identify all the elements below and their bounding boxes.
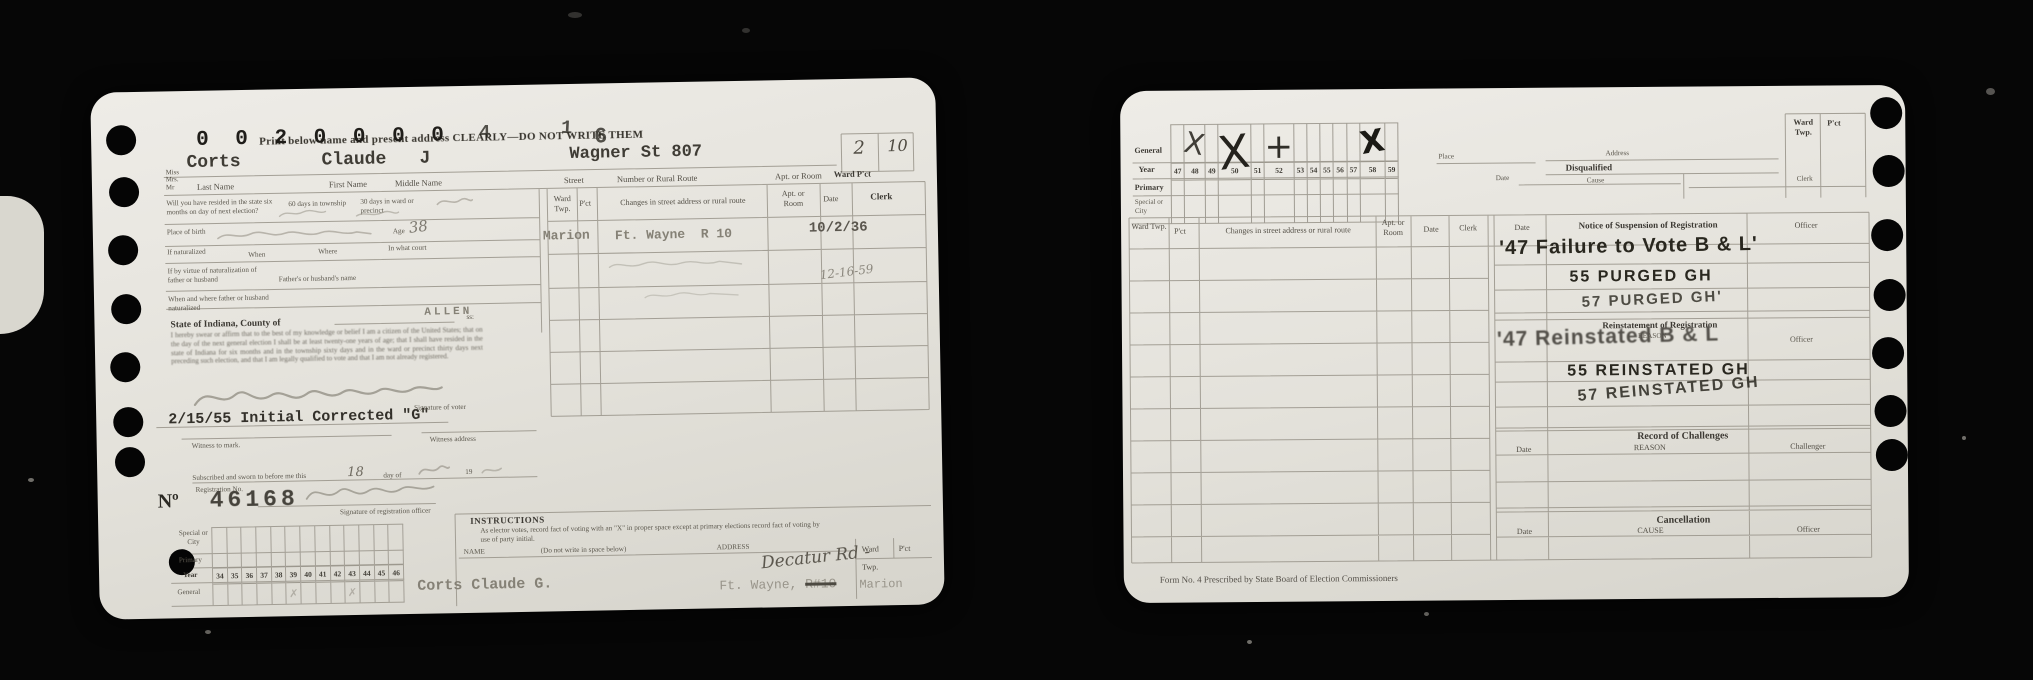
disqualified-label: Disqualified xyxy=(1566,162,1613,173)
col-pct-header: P'ct xyxy=(1174,227,1186,237)
special-cell xyxy=(1294,197,1306,225)
vote-year-column: + 52 xyxy=(1263,124,1293,223)
reinstatement-officer-label: Officer xyxy=(1790,335,1813,345)
general-vote-mark xyxy=(331,582,345,605)
col-date-header: Date xyxy=(823,194,838,204)
general-vote-mark xyxy=(1294,124,1307,162)
cancellation-officer-header: Officer xyxy=(1753,524,1863,534)
pct-box-label: P'ct xyxy=(1827,118,1840,128)
punch-hole xyxy=(1871,219,1903,251)
challenges-reason-header: REASON xyxy=(1553,442,1747,453)
primary-cell xyxy=(1308,180,1320,197)
stamp-digit: 1 xyxy=(560,117,573,140)
col-ward-twp-header: Ward Twp. xyxy=(548,194,576,214)
stamp-digit: 4 xyxy=(479,121,491,143)
clerk-label: Clerk xyxy=(1797,175,1813,184)
suspension-officer-header: Officer xyxy=(1751,220,1861,230)
father-name-label: Father's or husband's name xyxy=(279,274,357,284)
col-date-header: Date xyxy=(1417,225,1445,235)
general-vote-mark xyxy=(301,583,315,606)
vote-year-column: 56 xyxy=(1333,123,1347,222)
first-name-label: First Name xyxy=(329,179,367,190)
year-cell: 57 xyxy=(1347,161,1359,179)
primary-cell xyxy=(242,553,256,567)
col-ward-twp-header: Ward Twp. xyxy=(1131,222,1167,232)
footer-city-typed: Ft. Wayne, R#10 xyxy=(719,576,836,593)
ss-label: ss: xyxy=(466,313,474,322)
general-vote-mark xyxy=(228,584,242,607)
year-cell: 48 xyxy=(1185,162,1205,180)
primary-cell xyxy=(1334,179,1346,196)
vote-year-column: 47 xyxy=(1170,125,1184,224)
special-cell xyxy=(1308,197,1320,225)
year-cell: 34 xyxy=(213,567,227,584)
primary-cell xyxy=(330,551,344,565)
year-cell: 45 xyxy=(374,564,388,581)
primary-cell xyxy=(1219,180,1251,197)
general-vote-mark xyxy=(1320,123,1333,161)
handwritten-birthplace-scribble xyxy=(215,226,375,243)
numero-symbol: Nº xyxy=(158,490,179,513)
year-cell: 36 xyxy=(242,567,256,584)
special-cell xyxy=(227,527,241,553)
year-cell: 38 xyxy=(272,566,286,583)
prefix-option: Mr xyxy=(166,184,179,192)
footer-twp-value-typed: Marion xyxy=(859,577,902,592)
special-cell xyxy=(1334,196,1346,224)
grid-primary-label: Primary xyxy=(1135,183,1164,193)
county-value-typed: ALLEN xyxy=(424,306,472,319)
challenges-challenger-header: Challenger xyxy=(1753,441,1863,451)
primary-cell xyxy=(1385,179,1397,196)
primary-cell xyxy=(389,550,403,564)
challenges-date-header: Date xyxy=(1502,445,1546,455)
vote-year-column: 59 xyxy=(1384,123,1399,222)
col-clerk-header: Clerk xyxy=(1451,223,1485,233)
general-vote-mark: X xyxy=(1357,121,1387,163)
special-cell xyxy=(1347,196,1359,224)
year-cell: 41 xyxy=(316,565,330,582)
special-cell xyxy=(388,524,402,550)
if-naturalized-label: If naturalized xyxy=(167,248,215,258)
name-prefix: MissMrs.Mr xyxy=(166,169,180,192)
year-cell: 42 xyxy=(330,565,344,582)
general-vote-mark xyxy=(1334,123,1347,161)
sworn-day-handwritten: 18 xyxy=(347,465,364,480)
year-cell: 35 xyxy=(228,567,242,584)
general-vote-mark xyxy=(375,581,389,604)
vote-year-column: 45 xyxy=(373,524,389,602)
general-vote-mark xyxy=(316,582,330,605)
general-vote-mark: + xyxy=(1264,128,1293,166)
first-name-value: Claude xyxy=(321,149,386,170)
dust-speck xyxy=(1247,640,1252,644)
naturalized-court-label: In what court xyxy=(388,244,426,254)
footer-note-label: (Do not write in space below) xyxy=(541,545,627,556)
primary-cell xyxy=(360,551,374,565)
vote-year-column: 55 xyxy=(1319,123,1333,222)
year-cell: 55 xyxy=(1321,161,1333,179)
special-cell xyxy=(344,525,358,551)
vote-year-column: 34 xyxy=(211,527,227,605)
special-cell xyxy=(1321,196,1333,224)
year-cell: 37 xyxy=(257,567,271,584)
special-cell xyxy=(212,527,226,553)
stamp-47-failure-to-vote: '47 Failure to Vote B & L' xyxy=(1499,233,1758,260)
vote-year-column: 54 xyxy=(1306,124,1320,223)
serial-number-stamp: 0 0 2 0 0 0 0 xyxy=(196,124,451,152)
place-label: Place xyxy=(1438,152,1454,161)
dust-speck xyxy=(28,478,34,482)
year-cell: 58 xyxy=(1360,161,1384,179)
year-cell: 53 xyxy=(1294,162,1306,180)
handwritten-blank-scribble xyxy=(434,194,474,209)
primary-cell xyxy=(1321,179,1333,196)
grid-year-label: Year xyxy=(183,571,198,580)
general-vote-mark xyxy=(1251,124,1264,162)
vote-year-column: 57 xyxy=(1346,123,1360,222)
primary-cell xyxy=(227,553,241,567)
punch-hole xyxy=(1874,279,1906,311)
sworn-year-label: 19 xyxy=(465,468,472,477)
grid-primary-label: Primary xyxy=(179,556,202,565)
primary-cell xyxy=(1206,180,1218,197)
primary-cell xyxy=(1252,180,1264,197)
special-cell xyxy=(242,527,256,553)
primary-cell xyxy=(1347,179,1359,196)
special-cell xyxy=(1206,197,1218,225)
special-cell xyxy=(1219,197,1251,225)
last-name-label: Last Name xyxy=(197,181,234,192)
dust-speck xyxy=(1962,436,1966,440)
year-cell: 56 xyxy=(1334,161,1346,179)
footer-pct-label: P'ct xyxy=(899,544,911,554)
vote-year-column: 37 xyxy=(255,527,271,605)
place-of-birth-label: Place of birth xyxy=(167,228,207,238)
year-cell: 49 xyxy=(1206,162,1218,180)
row1-township-typed: Marion xyxy=(543,228,590,244)
naturalized-where-label: Where xyxy=(318,247,337,256)
footer-address-label: ADDRESS xyxy=(717,543,750,553)
cancellation-date-header: Date xyxy=(1502,527,1546,537)
witness-address-label: Witness address xyxy=(430,435,476,445)
grid-year-label: Year xyxy=(1139,165,1155,175)
voter-registration-card-front: Print below name and present address CLE… xyxy=(90,77,945,619)
year-cell: 47 xyxy=(1172,163,1184,181)
handwritten-blank-scribble xyxy=(354,207,400,220)
oath-body-text: I hereby swear or affirm that to the bes… xyxy=(171,326,484,367)
general-vote-mark xyxy=(213,584,227,607)
footer-name-label: NAME xyxy=(464,548,485,557)
pct-value-handwritten: 10 xyxy=(887,136,908,155)
general-vote-mark xyxy=(272,583,286,606)
ward-twp-box-label: Ward Twp. xyxy=(1788,118,1818,137)
vote-year-column: 35 xyxy=(226,527,242,605)
struck-route-text: R#10 xyxy=(805,576,836,592)
age-value-handwritten: 38 xyxy=(408,217,429,237)
general-vote-mark: X xyxy=(1217,136,1253,177)
dust-speck xyxy=(1986,88,1995,95)
primary-cell xyxy=(374,550,388,564)
stamp-55-purged: 55 PURGED GH xyxy=(1569,267,1712,286)
suspension-date-header: Date xyxy=(1500,223,1544,233)
registration-officer-label: Signature of registration officer xyxy=(340,507,431,518)
last-name-value: Corts xyxy=(186,152,240,173)
naturalized-when-label: When xyxy=(248,251,265,260)
punch-hole xyxy=(1876,439,1908,471)
vote-year-column: 51 xyxy=(1250,124,1264,223)
general-vote-mark: ✗ xyxy=(345,582,359,605)
primary-cell xyxy=(1361,179,1385,196)
registration-number-stamp: 46168 xyxy=(209,486,298,514)
street-value: Wagner St 807 xyxy=(569,143,702,164)
special-cell xyxy=(1185,197,1205,225)
year-cell: 40 xyxy=(301,566,315,583)
col-pct-header: P'ct xyxy=(579,199,591,209)
punch-hole xyxy=(1873,155,1905,187)
primary-cell xyxy=(1294,180,1306,197)
primary-cell xyxy=(1185,180,1205,197)
vote-year-column: 46 xyxy=(387,524,404,602)
number-rural-label: Number or Rural Route xyxy=(617,173,698,185)
general-vote-mark xyxy=(389,581,403,604)
middle-name-value: J xyxy=(419,149,430,169)
special-cell xyxy=(1172,198,1184,226)
year-cell: 43 xyxy=(345,565,359,582)
year-cell: 44 xyxy=(360,565,374,582)
footer-typed-name: Corts Claude G. xyxy=(417,575,552,594)
general-vote-mark xyxy=(360,582,374,605)
vote-year-column: X 48 xyxy=(1184,124,1206,223)
handwritten-blank-scribble xyxy=(277,206,327,219)
special-cell xyxy=(286,526,300,552)
registration-officer-signature xyxy=(302,478,437,504)
grid-special-city-label: Special or City xyxy=(176,529,210,548)
general-vote-mark xyxy=(257,584,271,607)
witness-to-mark-label: Witness to mark. xyxy=(192,441,241,451)
cause-label: Cause xyxy=(1587,176,1605,185)
vote-year-column: 38 xyxy=(270,526,286,604)
year-cell: 54 xyxy=(1307,162,1319,180)
paper-scrap-left-edge xyxy=(0,196,44,334)
vote-year-column: X 58 xyxy=(1359,123,1385,222)
general-vote-mark xyxy=(243,584,257,607)
grid-general-label: General xyxy=(1134,146,1162,156)
footer-twp-label: Twp. xyxy=(862,562,878,572)
footer-ward-label: Ward xyxy=(862,544,879,554)
year-cell: 51 xyxy=(1251,162,1263,180)
special-cell xyxy=(374,524,388,550)
city-text: Ft. Wayne, xyxy=(719,577,797,593)
primary-cell xyxy=(271,552,285,566)
vote-year-column: 42 xyxy=(329,525,345,603)
address-label: Address xyxy=(1605,149,1629,158)
row3-handwritten-scribble xyxy=(642,287,742,303)
suspension-title: Notice of Suspension of Registration xyxy=(1551,219,1745,231)
special-cell xyxy=(300,526,314,552)
ward-pct-label: Ward P'ct xyxy=(834,168,871,179)
dust-speck xyxy=(568,12,582,18)
special-cell xyxy=(315,525,329,551)
special-cell xyxy=(1252,197,1264,225)
dust-speck xyxy=(742,28,750,33)
vote-year-column: 43 ✗ xyxy=(343,525,359,603)
date-label: Date xyxy=(1496,174,1510,183)
cancellation-cause-header: CAUSE xyxy=(1553,525,1747,536)
primary-cell xyxy=(1265,180,1294,197)
sworn-month-handwritten xyxy=(415,461,451,478)
punch-hole xyxy=(1872,337,1904,369)
middle-name-label: Middle Name xyxy=(395,177,442,188)
special-cell xyxy=(271,526,285,552)
father-naturalization-label: If by virtue of naturalization of father… xyxy=(167,266,269,286)
apt-room-label: Apt. or Room xyxy=(775,170,822,181)
father-when-where-label: When and where father or husband natural… xyxy=(168,293,288,313)
punch-hole xyxy=(1874,395,1906,427)
signature-of-voter-label: Signature of voter xyxy=(414,403,466,413)
street-label: Street xyxy=(564,175,584,186)
special-cell xyxy=(1265,197,1294,225)
col-changes-header: Changes in street address or rural route xyxy=(1203,225,1373,236)
grid-general-label: General xyxy=(177,588,200,597)
row2-changes-handwritten xyxy=(605,255,745,274)
vote-year-column: 36 xyxy=(241,527,257,605)
ward-value-handwritten: 2 xyxy=(853,138,865,159)
age-label: Age xyxy=(393,227,405,236)
primary-cell xyxy=(257,553,271,567)
special-cell xyxy=(330,525,344,551)
primary-cell xyxy=(286,552,300,566)
col-apt-header: Apt. or Room xyxy=(1378,218,1408,237)
general-vote-mark xyxy=(1307,124,1320,162)
primary-cell xyxy=(213,553,227,567)
primary-cell xyxy=(316,551,330,565)
col-apt-header: Apt. or Room xyxy=(771,189,815,209)
vote-year-column: 41 xyxy=(314,525,330,603)
vote-year-column: 44 xyxy=(358,525,374,603)
voter-registration-card-back: General Year Primary Special or City 47 … xyxy=(1120,85,1909,603)
dust-speck xyxy=(1424,612,1429,616)
dust-speck xyxy=(205,630,211,634)
residency-state-question: Will you have resided in the state six m… xyxy=(166,197,278,217)
row1-changes-typed: Ft. Wayne R 10 xyxy=(615,226,732,243)
punch-hole xyxy=(1870,97,1902,129)
vote-record-grid: 47 X 48 49 X 50 51 + 52 xyxy=(1170,123,1399,224)
vote-year-column: 39 ✗ xyxy=(285,526,301,604)
general-vote-mark: ✗ xyxy=(287,583,301,606)
vote-year-column: 40 xyxy=(299,526,315,604)
year-cell: 46 xyxy=(389,564,403,581)
prefix-option: Mrs. xyxy=(166,177,179,185)
primary-cell xyxy=(345,551,359,565)
primary-cell xyxy=(1172,181,1184,198)
year-cell: 59 xyxy=(1385,161,1397,179)
scanned-microfilm-page: { "left_card": { "serial_stamp": "0 0 2 … xyxy=(0,0,2033,680)
vote-record-grid: 34 35 36 37 38 39 ✗ xyxy=(211,524,404,606)
row1-date-typed: 10/2/36 xyxy=(809,220,868,237)
primary-cell xyxy=(301,552,315,566)
col-clerk-header: Clerk xyxy=(870,191,892,202)
special-cell xyxy=(256,527,270,553)
special-cell xyxy=(359,525,373,551)
vote-year-column: 53 xyxy=(1293,124,1307,223)
year-cell: 39 xyxy=(286,566,300,583)
grid-special-city-label: Special or City xyxy=(1135,198,1167,216)
form-number-note: Form No. 4 Prescribed by State Board of … xyxy=(1160,573,1398,586)
vote-year-column: X 50 xyxy=(1218,124,1251,223)
sworn-year-handwritten xyxy=(479,463,505,476)
